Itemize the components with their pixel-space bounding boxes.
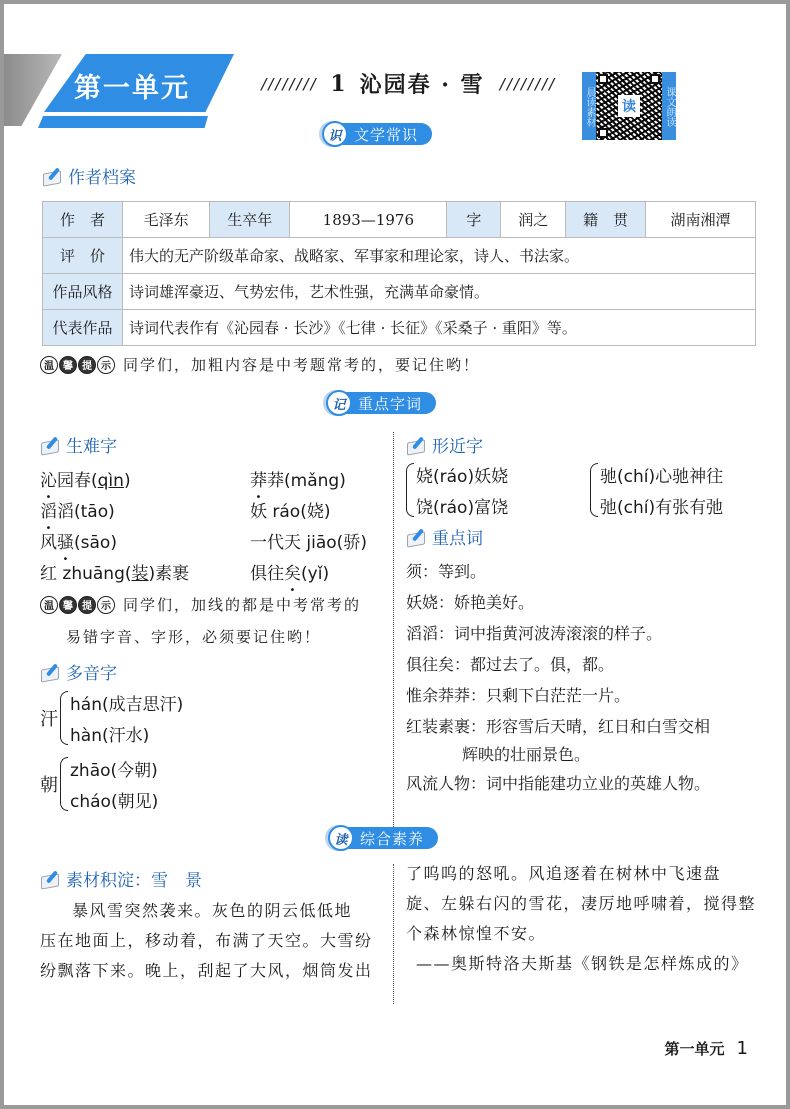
tip-2: 温 馨 提 示 同学们，加线的都是中考常考的 — [40, 594, 361, 615]
table-header-cell: 作 者 — [43, 202, 123, 238]
term: 红装素裹 — [406, 717, 470, 736]
tip-badge-icon: 示 — [97, 356, 115, 374]
book-pen-icon — [40, 870, 62, 888]
book-pen-icon — [406, 436, 428, 454]
key-word-item: 风流人物：词中指能建功立业的英雄人物。 — [406, 771, 710, 794]
emphasis-char: 矣 — [284, 564, 301, 584]
char-text: 园春( — [57, 471, 98, 491]
table-cell: 毛泽东 — [123, 202, 210, 238]
char-text: 莽( — [267, 471, 291, 491]
tip-badges: 温 馨 提 示 — [40, 596, 115, 614]
qr-right-label: 课文朗读 — [662, 72, 676, 140]
emphasis-char: 骚 — [57, 533, 74, 553]
similar-char-readings: 驰(chí)心驰神往 弛(chí)有张有弛 — [600, 462, 723, 518]
hatch-decoration-left: //////// — [260, 75, 316, 93]
char-text: 滔( — [57, 502, 81, 522]
term: 须 — [406, 562, 422, 581]
reading: 饶(ráo)富饶 — [416, 493, 508, 518]
hatch-decoration-right: //////// — [499, 75, 555, 93]
pinyin: qìn — [98, 471, 124, 491]
section-label: 重点字词 — [346, 392, 436, 414]
prose-line: 了呜呜的怒吼。风追逐着在树林中飞速盘 — [406, 859, 766, 889]
lesson-title: //////// 1 沁园春 · 雪 //////// — [260, 68, 555, 99]
tip-badge-icon: 示 — [97, 596, 115, 614]
material-text-right: 了呜呜的怒吼。风追逐着在树林中飞速盘 旋、左躲右闪的雪花，凄厉地呼啸着，搅得整 … — [406, 859, 766, 979]
char-text: ( — [301, 564, 308, 584]
tip-badges: 温 馨 提 示 — [40, 356, 115, 374]
term: 风流人物 — [406, 774, 470, 793]
reading: cháo(朝见) — [70, 787, 158, 812]
keywords-badge-icon: 记 — [326, 390, 352, 416]
polyphone-readings: hán(成吉思汗) hàn(汗水) — [70, 690, 183, 746]
table-header-cell: 代表作品 — [43, 310, 123, 346]
tip-badge-icon: 提 — [78, 596, 96, 614]
book-pen-icon — [42, 167, 64, 185]
char-text: 红 zhuāng( — [40, 564, 132, 584]
difficult-char-item: 沁园春(qìn) — [40, 466, 131, 491]
prose-line: 纷飘落下来。晚上，刮起了大风，烟筒发出 — [40, 956, 385, 986]
tip-2-continued: 易错字音、字形，必须要记住哟！ — [66, 626, 321, 647]
section-heading-literary: 识 文学常识 — [322, 122, 432, 146]
reading: hán(成吉思汗) — [70, 690, 183, 715]
lesson-number: 1 — [330, 71, 345, 97]
prose-line: 旋、左躲右闪的雪花，凄厉地呼啸着，搅得整 — [406, 889, 766, 919]
table-cell: 诗词代表作有《沁园春 · 长沙》《七律 · 长征》《采桑子 · 重阳》等。 — [123, 310, 756, 346]
char-text: 骄 — [343, 533, 360, 553]
brace-icon — [590, 463, 598, 517]
char-text: ) — [108, 502, 115, 522]
tip-text: 同学们，加线的都是中考常考的 — [123, 594, 361, 615]
material-text-left: 暴风雪突然袭来。灰色的阴云低低地 压在地面上，移动着，布满了天空。大雪纷 纷飘落… — [40, 896, 385, 986]
section-label: 综合素养 — [348, 827, 438, 849]
emphasis-char: 沁 — [40, 471, 57, 491]
key-word-item: 滔滔：词中指黄河波涛滚滚的样子。 — [406, 621, 662, 644]
author-profile-table: 作 者 毛泽东 生卒年 1893—1976 字 润之 籍 贯 湖南湘潭 评 价 … — [42, 201, 756, 346]
pinyin: yǐ — [308, 564, 323, 584]
similar-char-group: 驰(chí)心驰神往 弛(chí)有张有弛 — [590, 462, 723, 518]
book-pen-icon — [40, 663, 62, 681]
qr-center-label: 读 — [618, 95, 640, 117]
book-pen-icon — [406, 528, 428, 546]
brace-icon — [60, 691, 68, 745]
similar-char-readings: 娆(ráo)妖娆 饶(ráo)富饶 — [416, 462, 508, 518]
table-header-cell: 字 — [447, 202, 501, 238]
char-text: 一代天 jiāo( — [250, 533, 343, 553]
difficult-char-item: 一代天 jiāo(骄) — [250, 528, 367, 553]
qr-code-block[interactable]: 晨读素材 读 课文朗读 — [582, 72, 676, 140]
char-text: ) — [110, 533, 117, 553]
qr-finder-icon — [650, 74, 660, 84]
subheading-label: 形近字 — [432, 432, 483, 457]
book-pen-icon — [40, 436, 62, 454]
polyphone-char: 朝 — [40, 771, 58, 797]
definition: 等到。 — [438, 562, 486, 581]
term: 滔滔 — [406, 624, 438, 643]
prose-line: 暴风雪突然袭来。灰色的阴云低低地 — [40, 896, 385, 926]
table-row: 评 价 伟大的无产阶级革命家、战略家、军事家和理论家，诗人、书法家。 — [43, 238, 756, 274]
difficult-char-item: 滔滔(tāo) — [40, 497, 115, 522]
definition: 只剩下白茫茫一片。 — [486, 686, 630, 705]
tip-badge-icon: 馨 — [59, 356, 77, 374]
section-label: 文学常识 — [342, 123, 432, 145]
subheading-label: 重点词 — [432, 524, 483, 549]
subheading-label: 素材积淀：雪 景 — [66, 866, 202, 891]
subheading-similar-chars: 形近字 — [406, 432, 483, 457]
char-text: ) — [339, 471, 346, 491]
key-word-item: 须：等到。 — [406, 559, 486, 582]
page-number: 1 — [737, 1038, 748, 1059]
polyphone-readings: zhāo(今朝) cháo(朝见) — [70, 756, 158, 812]
key-word-item: 惟余莽莽：只剩下白茫茫一片。 — [406, 683, 630, 706]
polyphone-group: 汗 hán(成吉思汗) hàn(汗水) — [40, 690, 183, 746]
similar-char-group: 娆(ráo)妖娆 饶(ráo)富饶 — [406, 462, 508, 518]
pinyin: sāo — [81, 533, 111, 553]
pinyin: mǎng — [291, 471, 340, 491]
definition: 形容雪后天晴，红日和白雪交相 — [486, 717, 710, 736]
definition: 词中指黄河波涛滚滚的样子。 — [454, 624, 662, 643]
term: 妖娆 — [406, 593, 438, 612]
subheading-author-profile: 作者档案 — [42, 163, 136, 188]
char-text: 俱往 — [250, 564, 284, 584]
definition: 词中指能建功立业的英雄人物。 — [486, 774, 710, 793]
qr-finder-icon — [598, 74, 608, 84]
table-row: 作品风格 诗词雄浑豪迈、气势宏伟，艺术性强，充满革命豪情。 — [43, 274, 756, 310]
key-word-item: 红装素裹：形容雪后天晴，红日和白雪交相 — [406, 714, 710, 737]
emphasis-char: 莽 — [250, 471, 267, 491]
underlined-char: 装 — [132, 564, 149, 584]
char-text: 娆 — [307, 502, 324, 522]
definition: 娇艳美好。 — [454, 593, 534, 612]
qr-left-label: 晨读素材 — [582, 72, 596, 140]
qr-code-icon[interactable]: 读 — [596, 72, 662, 140]
key-word-item: 妖娆：娇艳美好。 — [406, 590, 534, 613]
char-text: ) — [324, 502, 331, 522]
reading: 娆(ráo)妖娆 — [416, 462, 508, 487]
table-cell: 润之 — [501, 202, 566, 238]
unit-title: 第一单元 — [74, 66, 190, 105]
subheading-label: 作者档案 — [68, 163, 136, 188]
tip-badge-icon: 温 — [40, 356, 58, 374]
prose-line: 压在地面上，移动着，布满了天空。大雪纷 — [40, 926, 385, 956]
section-heading-reading: 读 综合素养 — [328, 826, 438, 850]
table-row: 代表作品 诗词代表作有《沁园春 · 长沙》《七律 · 长征》《采桑子 · 重阳》… — [43, 310, 756, 346]
difficult-char-item: 红 zhuāng(装)素裹 — [40, 559, 189, 584]
footer-unit: 第一单元 — [665, 1038, 725, 1059]
polyphone-group: 朝 zhāo(今朝) cháo(朝见) — [40, 756, 158, 812]
table-cell: 1893—1976 — [290, 202, 447, 238]
char-text: )素裹 — [149, 564, 190, 584]
char-text: ( — [74, 533, 81, 553]
subheading-key-words: 重点词 — [406, 524, 483, 549]
table-cell: 湖南湘潭 — [646, 202, 756, 238]
literary-badge-icon: 识 — [322, 121, 348, 147]
brace-icon — [60, 757, 68, 811]
table-row: 作 者 毛泽东 生卒年 1893—1976 字 润之 籍 贯 湖南湘潭 — [43, 202, 756, 238]
char-text: 妖 ráo( — [250, 502, 307, 522]
banner-grey-tab — [4, 54, 62, 126]
key-word-item: 俱往矣：都过去了。俱，都。 — [406, 652, 614, 675]
page: 第一单元 //////// 1 沁园春 · 雪 //////// 晨读素材 读 … — [4, 4, 786, 1105]
lesson-name: 沁园春 · 雪 — [360, 68, 485, 99]
tip-text: 易错字音、字形，必须要记住哟！ — [66, 626, 321, 647]
reading: hàn(汗水) — [70, 721, 183, 746]
table-header-cell: 评 价 — [43, 238, 123, 274]
tip-badge-icon: 馨 — [59, 596, 77, 614]
banner-stripe — [38, 116, 208, 128]
difficult-char-item: 风骚(sāo) — [40, 528, 117, 553]
column-divider — [393, 432, 394, 837]
pinyin: tāo — [81, 502, 108, 522]
unit-banner: 第一单元 — [4, 52, 244, 132]
difficult-char-item: 莽莽(mǎng) — [250, 466, 346, 491]
definition: 都过去了。俱，都。 — [470, 655, 614, 674]
term: 俱往矣 — [406, 655, 454, 674]
tip-badge-icon: 提 — [78, 356, 96, 374]
char-text: ) — [360, 533, 367, 553]
char-text: 风 — [40, 533, 57, 553]
source-citation: ——奥斯特洛夫斯基《钢铁是怎样炼成的》 — [406, 949, 766, 979]
subheading-difficult-chars: 生难字 — [40, 432, 117, 457]
prose-line: 个森林惊惶不安。 — [406, 919, 766, 949]
tip-badge-icon: 温 — [40, 596, 58, 614]
term: 惟余莽莽 — [406, 686, 470, 705]
tip-1: 温 馨 提 示 同学们，加粗内容是中考题常考的，要记住哟！ — [40, 354, 480, 375]
subheading-polyphones: 多音字 — [40, 659, 117, 684]
reading: 驰(chí)心驰神往 — [600, 462, 723, 487]
key-word-item-continued: 辉映的壮丽景色。 — [462, 742, 590, 765]
table-header-cell: 生卒年 — [210, 202, 290, 238]
subheading-label: 生难字 — [66, 432, 117, 457]
char-text: ) — [124, 471, 131, 491]
polyphone-char: 汗 — [40, 705, 58, 731]
brace-icon — [406, 463, 414, 517]
reading: 弛(chí)有张有弛 — [600, 493, 723, 518]
reading: zhāo(今朝) — [70, 756, 158, 781]
column-divider — [393, 864, 394, 1004]
qr-finder-icon — [598, 128, 608, 138]
reading-badge-icon: 读 — [328, 825, 354, 851]
table-header-cell: 作品风格 — [43, 274, 123, 310]
section-heading-keywords: 记 重点字词 — [326, 391, 436, 415]
subheading-label: 多音字 — [66, 659, 117, 684]
char-text: ) — [322, 564, 329, 584]
tip-text: 同学们，加粗内容是中考题常考的，要记住哟！ — [123, 354, 480, 375]
emphasis-char: 滔 — [40, 502, 57, 522]
difficult-char-item: 妖 ráo(娆) — [250, 497, 330, 522]
table-header-cell: 籍 贯 — [566, 202, 646, 238]
table-cell: 诗词雄浑豪迈、气势宏伟，艺术性强，充满革命豪情。 — [123, 274, 756, 310]
subheading-material: 素材积淀：雪 景 — [40, 866, 202, 891]
difficult-char-item: 俱往矣(yǐ) — [250, 559, 329, 584]
page-footer: 第一单元 1 — [665, 1038, 748, 1059]
table-cell: 伟大的无产阶级革命家、战略家、军事家和理论家，诗人、书法家。 — [123, 238, 756, 274]
